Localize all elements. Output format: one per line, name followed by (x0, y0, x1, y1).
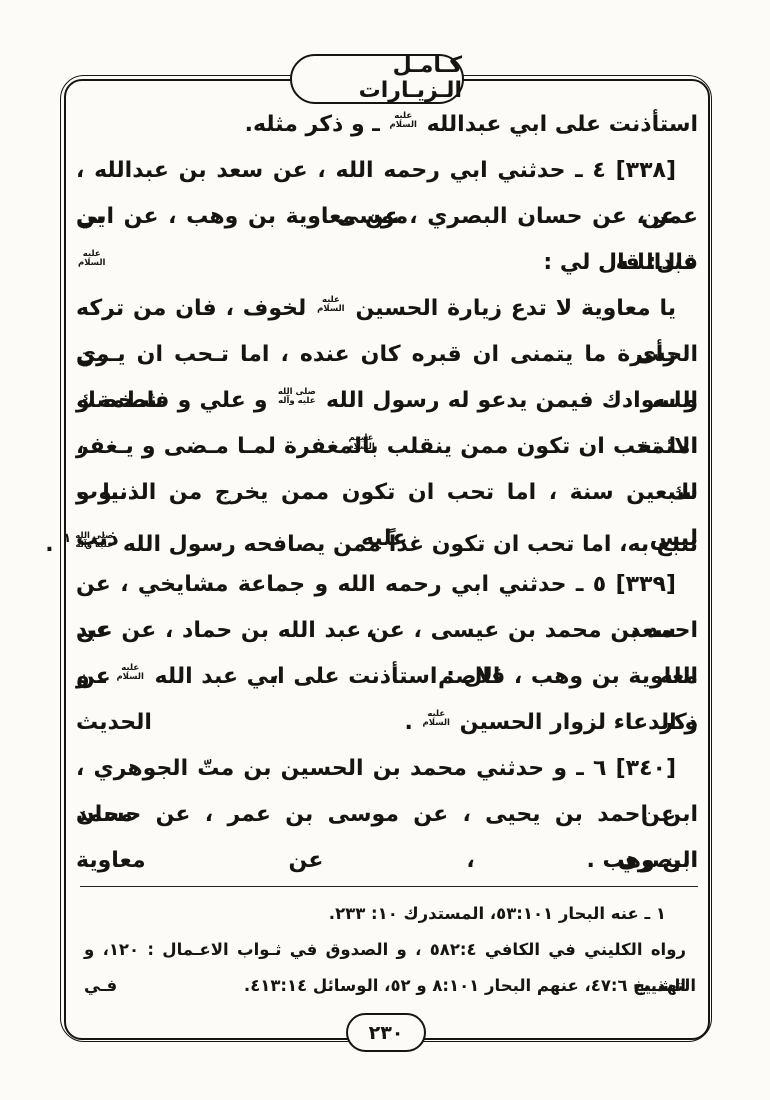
text-segment: معاوية بن وهب ، قال : استأذنت على ابي عب… (146, 664, 698, 689)
text-segment: ابن وهب . (587, 848, 699, 873)
text-segment: و الدعاء لزوار الحسين (452, 710, 698, 735)
page-number-badge: ٢٣٠ (346, 1013, 426, 1052)
footnote-line: ١ ـ عنه البحار ٥٣:١٠١، المستدرك ١٠: ٢٣٣. (84, 896, 696, 932)
book-page: كـامـل الـزيـارات استأذنت على ابي عبدالل… (0, 0, 770, 1100)
honorific-as: عليهالسلام (423, 710, 450, 729)
text-segment: . (405, 710, 421, 735)
honorific-as: عليهالسلام (317, 296, 344, 315)
body-line: ابن احمد بن يحيى ، عن موسى بن عمر ، عن ح… (76, 792, 698, 838)
body-line: معاوية بن وهب ، قال : استأذنت على ابي عب… (76, 654, 698, 700)
text-segment: ـ و ذكر مثله. (245, 112, 388, 137)
honorific-as: عليهالسلام (116, 664, 143, 683)
text-segment: استأذنت على ابي عبدالله (419, 112, 698, 137)
text-segment: يا معاوية لا تدع زيارة الحسين (347, 296, 676, 321)
body-line: سبعين سنة ، اما تحب ان تكون ممن يخرج من … (76, 470, 698, 516)
body-line: يا معاوية لا تدع زيارة الحسين عليهالسلام… (76, 286, 698, 332)
honorific-saw: صلى اللهعليه وآله (75, 532, 113, 551)
text-segment: قال: قال لي : (543, 250, 698, 275)
page-number: ٢٣٠ (369, 1022, 404, 1044)
body-line: [٣٣٨] ٤ ـ حدثني ابي رحمه الله ، عن سعد ب… (76, 148, 698, 194)
body-line: و سوادك فيمن يدعو له رسول الله صلى اللهع… (76, 378, 698, 424)
text-segment: تتبع به، اما تحب ان تكون غداً ممن يصافحه… (115, 532, 698, 557)
hadith-text-block: استأذنت على ابي عبدالله عليهالسلام ـ و ذ… (76, 102, 698, 884)
footnote-separator (80, 886, 698, 887)
footnote-line: رواه الكليني في الكافي ٥٨٢:٤ ، و الصدوق … (84, 932, 696, 968)
honorific-ahm: عليهمالسلام (347, 434, 374, 453)
honorific-saw: صلى اللهعليه وآله (278, 388, 316, 407)
honorific-as: عليهالسلام (389, 112, 416, 131)
honorific-as: عليهالسلام (78, 250, 105, 269)
body-line: احمد بن محمد بن عيسى ، عن عبد الله بن حم… (76, 608, 698, 654)
body-line: تتبع به، اما تحب ان تكون غداً ممن يصافحه… (76, 516, 698, 562)
body-line: الحسرة ما يتمنى ان قبره كان عنده ، اما ت… (76, 332, 698, 378)
text-segment: . (45, 532, 61, 557)
footnotes: ١ ـ عنه البحار ٥٣:١٠١، المستدرك ١٠: ٢٣٣.… (84, 896, 696, 1004)
text-segment: و سوادك فيمن يدعو له رسول الله (318, 388, 698, 413)
book-title-badge: كـامـل الـزيـارات (290, 54, 464, 104)
body-line: استأذنت على ابي عبدالله عليهالسلام ـ و ذ… (76, 102, 698, 148)
body-line: اما تحب ان تكون ممن ينقلب بالمغفرة لمـا … (76, 424, 698, 470)
body-line: [٣٤٠] ٦ ـ و حدثني محمد بن الحسين بن متّ … (76, 746, 698, 792)
body-line: [٣٣٩] ٥ ـ حدثني ابي رحمه الله و جماعة مش… (76, 562, 698, 608)
body-line: عمر ، عن حسان البصري ، عن معاوية بن وهب … (76, 194, 698, 240)
footnote-ref: ١ (63, 531, 71, 546)
book-title: كـامـل الـزيـارات (292, 53, 462, 103)
